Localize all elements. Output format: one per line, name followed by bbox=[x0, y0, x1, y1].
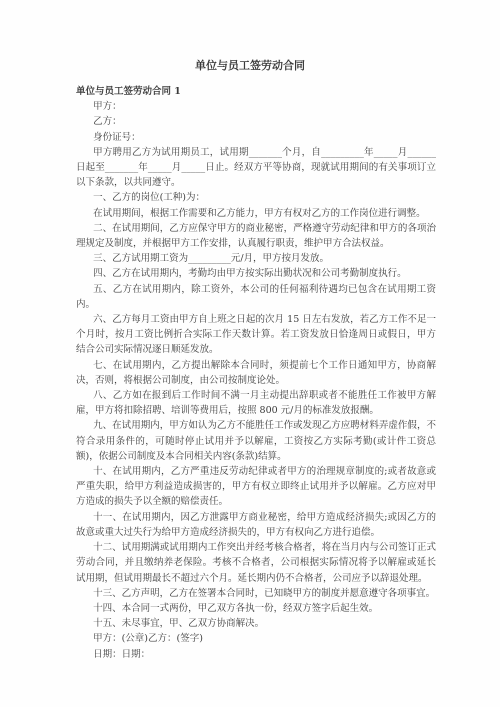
clause-2: 二、在试用期间，乙方应保守甲方的商业秘密，严格遵守劳动纪律和甲方的各项治理规定及… bbox=[76, 221, 436, 251]
party-a-line: 甲方： bbox=[76, 99, 436, 114]
id-number-line: 身份证号： bbox=[76, 130, 436, 145]
clause-8: 八、乙方如在报到后工作时间不满一月主动提出辞职或者不能胜任工作被甲方解雇，甲方将… bbox=[76, 388, 436, 418]
clause-5: 五、乙方在试用期内，除工资外，本公司的任何福利待遇均已包含在试用期工资内。 bbox=[76, 282, 436, 312]
clause-10: 十、在试用期内，乙方严重违反劳动纪律或者甲方的治理规章制度的;或者故意或严重失职… bbox=[76, 464, 436, 510]
clause-14: 十四、本合同一式两份，甲乙双方各执一份，经双方签字后起生效。 bbox=[76, 601, 436, 616]
clause-7: 七、在试用期内，乙方提出解除本合同时，须提前七个工作日通知甲方，协商解决，否则，… bbox=[76, 358, 436, 388]
clause-3: 三、乙方试用期工资为_________元/月，甲方按月发放。 bbox=[76, 251, 436, 266]
intro-paragraph: 甲方聘用乙方为试用期员工，试用期_______个月，自_________年___… bbox=[76, 145, 436, 191]
document-body: 单位与员工签劳动合同 1 甲方： 乙方： 身份证号： 甲方聘用乙方为试用期员工，… bbox=[0, 73, 500, 662]
document-subtitle: 单位与员工签劳动合同 1 bbox=[76, 84, 436, 99]
clause-6: 六、乙方每月工资由甲方自上班之日起的次月 15 日左右发放，若乙方工作不足一个月… bbox=[76, 312, 436, 358]
clause-13: 十三、乙方声明，乙方在签署本合同时，已知晓甲方的制度并愿意遵守各项事宜。 bbox=[76, 586, 436, 601]
clause-11: 十一、在试用期内，因乙方泄露甲方商业秘密，给甲方造成经济损失;或因乙方的故意或重… bbox=[76, 510, 436, 540]
clause-1-heading: 一、乙方的岗位(工种)为： bbox=[76, 190, 436, 205]
clause-9: 九、在试用期内，甲方如认为乙方不能胜任工作或发现乙方应聘材料弄虚作假，不符合录用… bbox=[76, 418, 436, 464]
clause-12: 十二、试用期满或试用期内工作突出并经考核合格者，将在当月内与公司签订正式劳动合同… bbox=[76, 540, 436, 586]
clause-4: 四、乙方在试用期内，考勤均由甲方按实际出勤状况和公司考勤制度执行。 bbox=[76, 266, 436, 281]
signature-line: 甲方：(公章)乙方：(签字) bbox=[76, 631, 436, 646]
clause-15: 十五、未尽事宜，甲、乙双方协商解决。 bbox=[76, 616, 436, 631]
document-page: 单位与员工签劳动合同 单位与员工签劳动合同 1 甲方： 乙方： 身份证号： 甲方… bbox=[0, 0, 500, 707]
party-b-line: 乙方： bbox=[76, 114, 436, 129]
date-line: 日期：日期： bbox=[76, 647, 436, 662]
document-title: 单位与员工签劳动合同 bbox=[0, 0, 500, 73]
clause-1-body: 在试用期间，根据工作需要和乙方能力，甲方有权对乙方的工作岗位进行调整。 bbox=[76, 206, 436, 221]
